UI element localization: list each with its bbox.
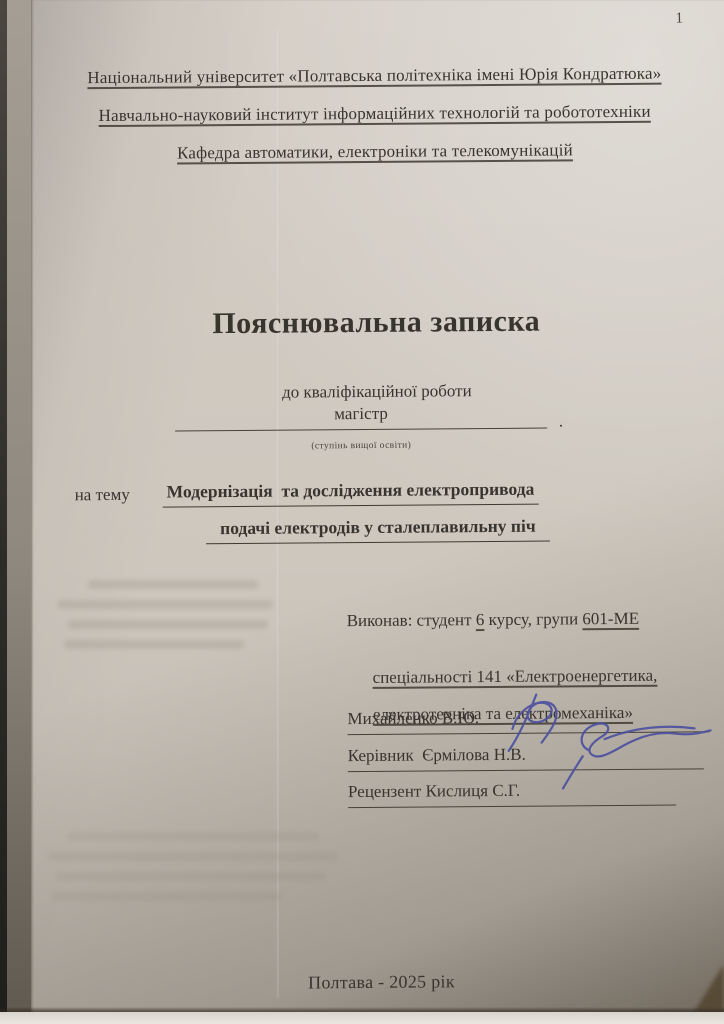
department-name: Кафедра автоматики, електроніки та телек… <box>177 140 573 162</box>
topic-label: на тему <box>75 485 130 505</box>
topic-line-1-wrap: Модернізація та дослідження електроприво… <box>163 479 539 508</box>
handwritten-signatures <box>442 683 724 805</box>
institution-header: Національний університет «Полтавська пол… <box>27 54 722 173</box>
scanned-page: 1 Національний університет «Полтавська п… <box>0 0 724 1024</box>
degree-line-period: . <box>559 411 563 431</box>
topic-line-2-wrap: подачі електродів у сталеплавильну піч <box>31 514 724 545</box>
student-signature <box>508 694 557 750</box>
institute-name: Навчально-науковий інститут інформаційни… <box>98 102 650 125</box>
degree-note: (ступінь вищої освіти) <box>175 440 547 453</box>
page-content: 1 Національний університет «Полтавська п… <box>0 0 724 1024</box>
executor-mid: курсу, групи <box>484 609 582 629</box>
university-name: Національний університет «Полтавська пол… <box>87 64 661 88</box>
executor-line: Виконав: студент 6 курсу, групи 601-МЕ <box>347 609 640 631</box>
degree-fill-in-line: магістр . <box>175 403 547 432</box>
topic-line-1: Модернізація та дослідження електроприво… <box>163 479 539 508</box>
supervisor-signature <box>562 723 711 789</box>
scan-corner-shadow <box>694 964 724 1012</box>
document-subtitle: до кваліфікаційної роботи <box>30 379 724 404</box>
document-title: Пояснювальна записка <box>29 303 723 342</box>
executor-prefix: Виконав: студент <box>347 610 476 630</box>
executor-group: 601-МЕ <box>582 609 639 628</box>
degree-value: магістр <box>334 404 388 423</box>
city-year-footer: Полтава - 2025 рік <box>34 969 724 995</box>
executor-course: 6 <box>476 610 485 629</box>
page-number: 1 <box>675 10 683 27</box>
topic-line-2: подачі електродів у сталеплавильну піч <box>206 516 550 545</box>
scan-bottom-strip <box>0 1012 724 1024</box>
